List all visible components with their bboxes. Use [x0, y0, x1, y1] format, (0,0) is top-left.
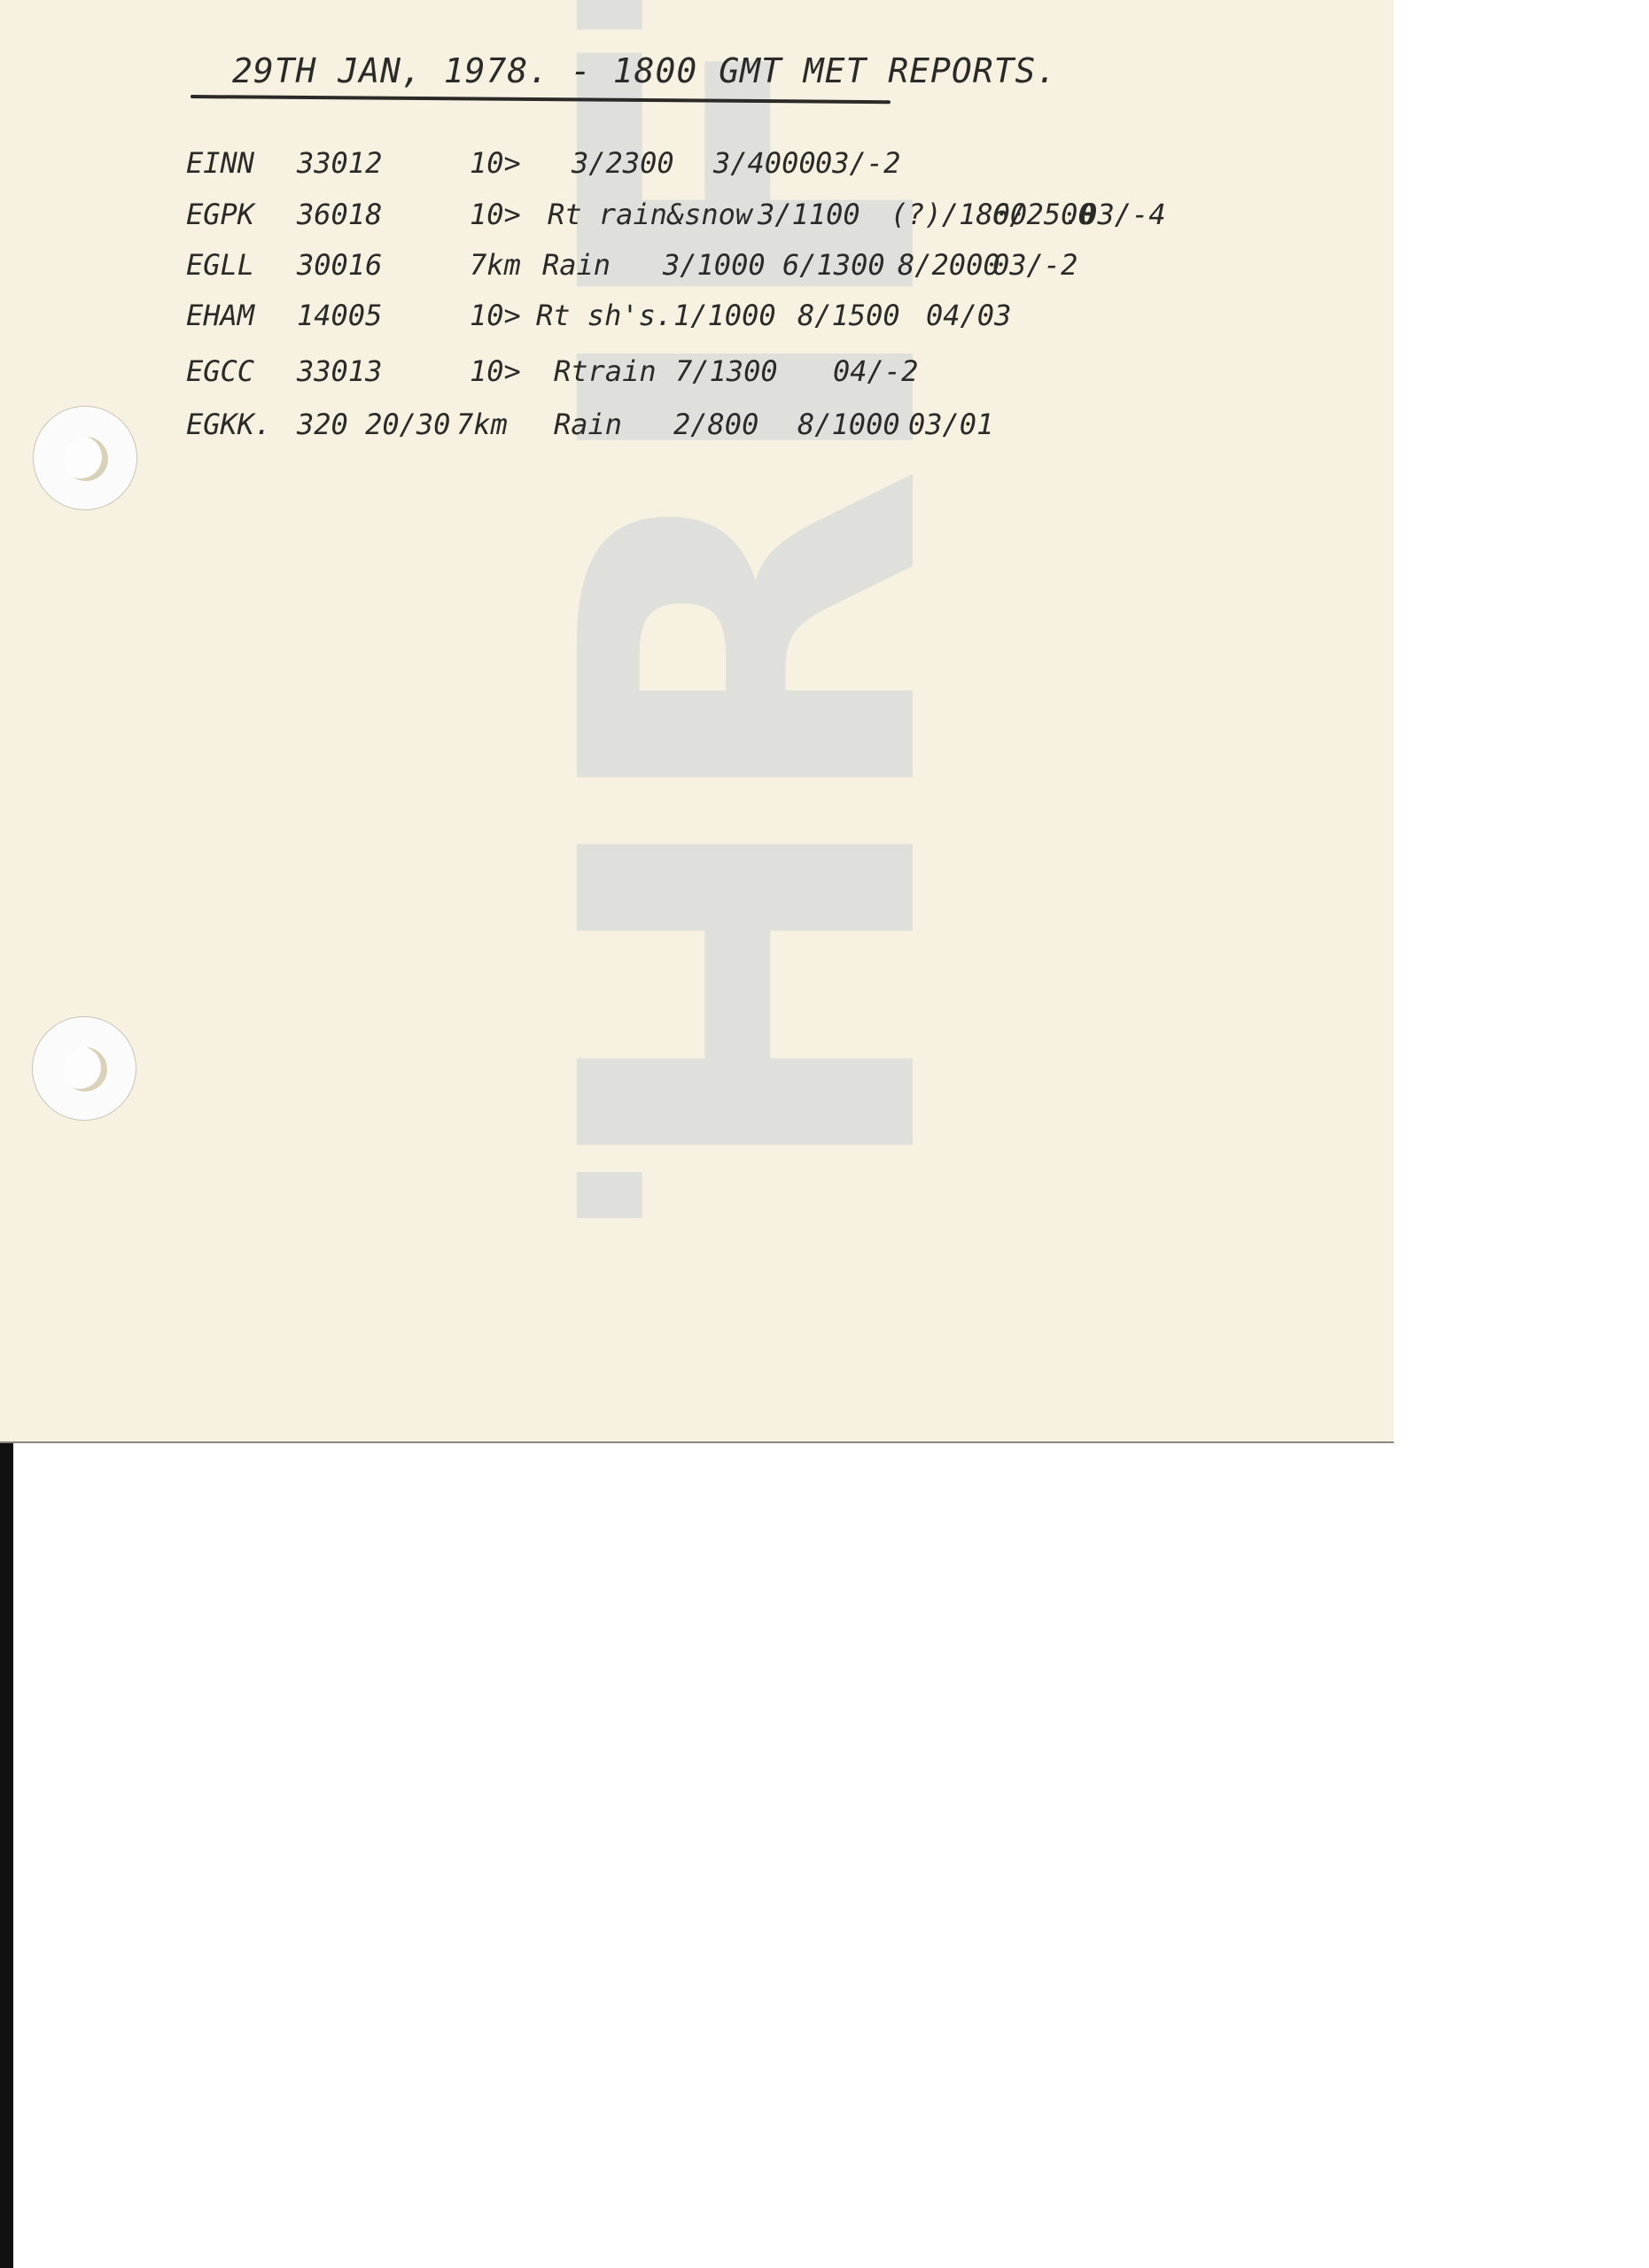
visibility: 10> [470, 198, 521, 231]
temp-dewpoint: 04/-2 [833, 354, 918, 388]
wind: 14005 [297, 299, 382, 332]
weather: Rtrain [554, 354, 657, 388]
cloud-layer: 7/1300 [675, 354, 778, 388]
cloud-layer: 3/1100 [758, 198, 860, 231]
cloud-layer: 3/2300 [572, 146, 674, 180]
visibility: 7km [456, 408, 508, 441]
cloud-layer: 3/1000 [663, 248, 766, 282]
weather: Rt sh's. [536, 299, 673, 332]
temp-dewpoint: 04/03 [926, 299, 1011, 332]
cloud-layer: 8/1500 [797, 299, 900, 332]
page-title: 29TH JAN, 1978. - 1800 GMT MET REPORTS. [232, 51, 1057, 90]
cloud-layer: 6/1300 [782, 248, 885, 282]
watermark: THRIFT [563, 0, 944, 1218]
station-code: EGKK. [186, 408, 271, 441]
temp-dewpoint: 03/01 [908, 408, 993, 441]
station-code: EGLL [186, 248, 254, 282]
visibility: 10> [470, 299, 521, 332]
wind: 320 20/30 [297, 408, 450, 441]
watermark-text: THRIFT [563, 0, 944, 1218]
station-code: EGCC [186, 354, 254, 388]
weather: Rain [542, 248, 611, 282]
temp-dewpoint: 03/-2 [815, 146, 900, 180]
binder-hole-reinforcement [33, 1017, 136, 1120]
temp-dewpoint: 03/-2 [992, 248, 1077, 282]
station-code: EGPK [186, 198, 254, 231]
cloud-layer: 2/800 [673, 408, 758, 441]
station-code: EINN [186, 146, 254, 180]
wind: 30016 [297, 248, 382, 282]
cloud-layer: 3/4000 [713, 146, 816, 180]
visibility: 10> [470, 146, 521, 180]
cloud-layer: 8/1000 [797, 408, 900, 441]
scanner-edge [0, 1441, 13, 2268]
visibility: 10> [470, 354, 521, 388]
cloud-layer: 1/1000 [673, 299, 776, 332]
weather: Rain [554, 408, 622, 441]
weather: Rt rain&snow [548, 198, 752, 231]
station-code: EHAM [186, 299, 254, 332]
wind: 33013 [297, 354, 382, 388]
temp-dewpoint: .03/-4 [1063, 198, 1166, 231]
wind: 33012 [297, 146, 382, 180]
paper-sheet: THRIFT 29TH JAN, 1978. - 1800 GMT MET RE… [0, 0, 1394, 1443]
cloud-layer: 8/2000 [898, 248, 1000, 282]
wind: 36018 [297, 198, 382, 231]
visibility: 7km [470, 248, 521, 282]
binder-hole-reinforcement [34, 407, 136, 509]
